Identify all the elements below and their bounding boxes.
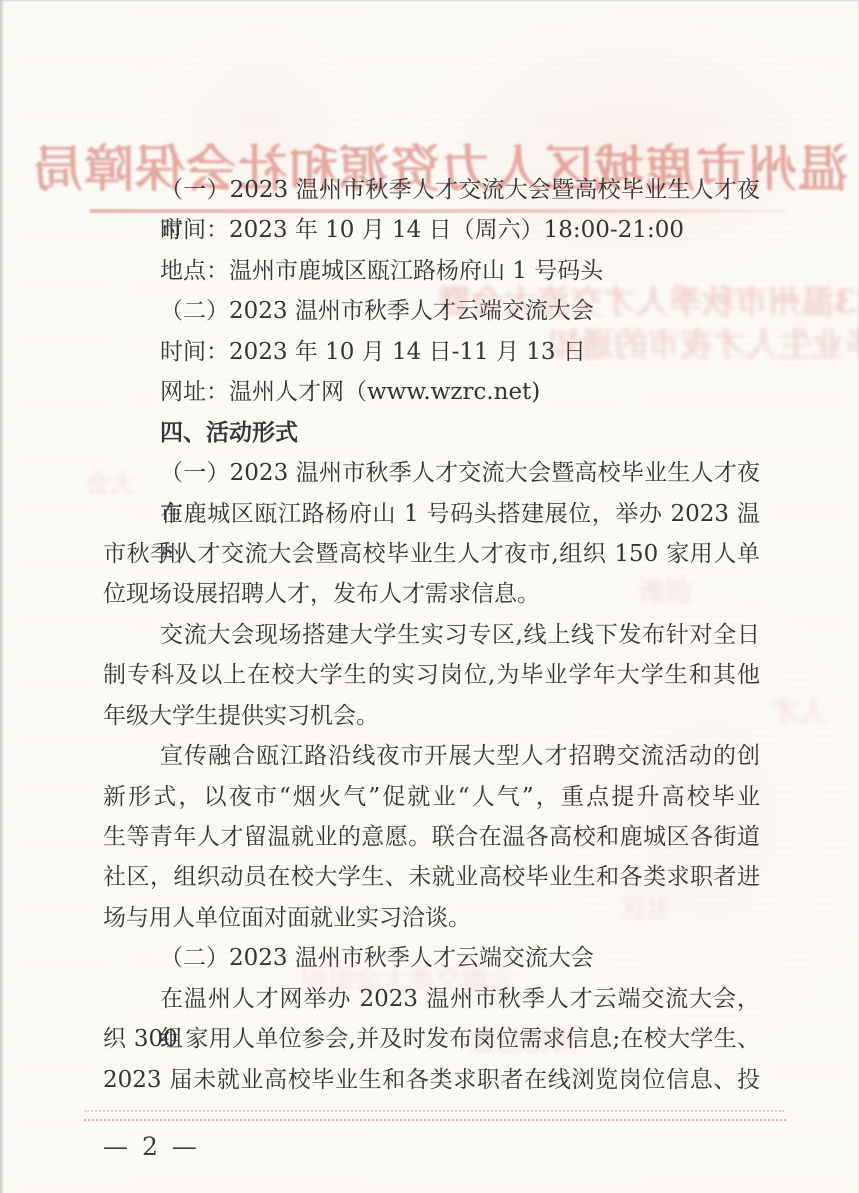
bleed-through-footer-rule	[84, 1119, 786, 1121]
document-line: 制专科及以上在校大学生的实习岗位,为毕业学年大学生和其他	[103, 655, 760, 695]
document-body: （一）2023 温州市秋季人才交流大会暨高校毕业生人才夜市时间：2023 年 1…	[103, 170, 760, 1100]
scan-edge-top	[0, 0, 859, 2]
document-line: 织 300 家用人单位参会,并及时发布岗位需求信息;在校大学生、	[103, 1019, 760, 1059]
document-line: （二）2023 温州市秋季人才云端交流大会	[103, 291, 760, 331]
document-line: （一）2023 温州市秋季人才交流大会暨高校毕业生人才夜市	[103, 170, 760, 210]
scan-edge-left	[0, 0, 4, 1193]
document-line: 位现场设展招聘人才，发布人才需求信息。	[103, 574, 760, 614]
document-line: 社区，组织动员在校大学生、未就业高校毕业生和各类求职者进	[103, 857, 760, 897]
section-heading: 四、活动形式	[103, 413, 760, 453]
document-line: 生等青年人才留温就业的意愿。联合在温各高校和鹿城区各街道	[103, 817, 760, 857]
scanned-page: 温州市鹿城区人力资源和社会保障局 关于举办2023温州市秋季人才交流大会暨 高校…	[0, 0, 859, 1193]
document-line: 场与用人单位面对面就业实习洽谈。	[103, 898, 760, 938]
document-line: 网址：温州人才网（www.wzrc.net)	[103, 372, 760, 412]
document-line: （二）2023 温州市秋季人才云端交流大会	[103, 938, 760, 978]
document-line: 在温州人才网举办 2023 温州市秋季人才云端交流大会，组	[103, 979, 760, 1019]
document-line: 在鹿城区瓯江路杨府山 1 号码头搭建展位，举办 2023 温州	[103, 494, 760, 534]
document-line: 时间：2023 年 10 月 14 日（周六）18:00-21:00	[103, 210, 760, 250]
document-line: 年级大学生提供实习机会。	[103, 696, 760, 736]
bleed-through-footer-rule	[84, 1110, 784, 1112]
document-line: （一）2023 温州市秋季人才交流大会暨高校毕业生人才夜市	[103, 453, 760, 493]
document-line: 时间：2023 年 10 月 14 日-11 月 13 日	[103, 332, 760, 372]
page-number: — 2 —	[103, 1132, 200, 1161]
document-line: 新形式，以夜市“烟火气”促就业“人气”，重点提升高校毕业	[103, 777, 760, 817]
document-line: 宣传融合瓯江路沿线夜市开展大型人才招聘交流活动的创	[103, 736, 760, 776]
document-line: 2023 届未就业高校毕业生和各类求职者在线浏览岗位信息、投	[103, 1060, 760, 1100]
document-line: 地点：温州市鹿城区瓯江路杨府山 1 号码头	[103, 251, 760, 291]
document-line: 市秋季人才交流大会暨高校毕业生人才夜市,组织 150 家用人单	[103, 534, 760, 574]
document-line: 交流大会现场搭建大学生实习专区,线上线下发布针对全日	[103, 615, 760, 655]
